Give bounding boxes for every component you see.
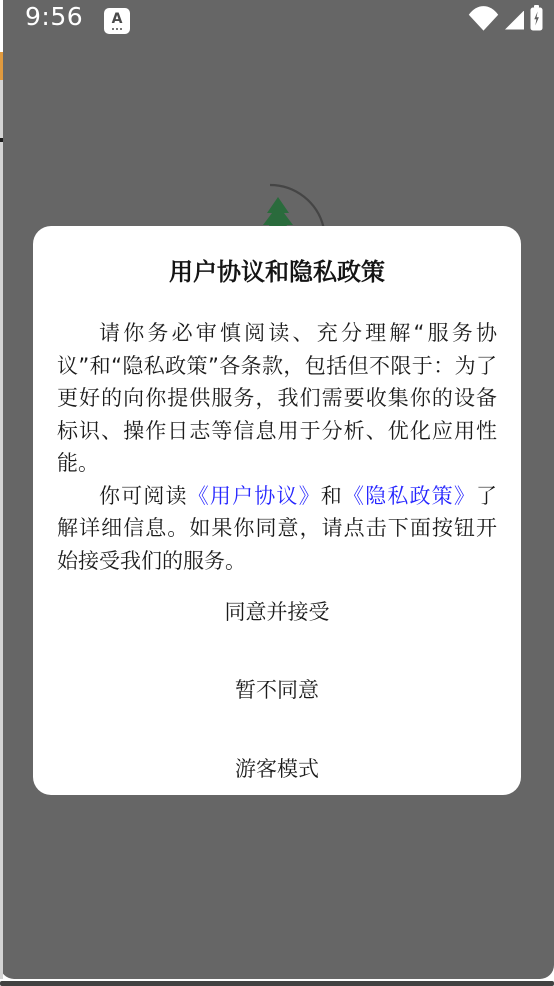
dialog-title: 用户协议和隐私政策 [57, 258, 497, 286]
para2-text-1: 你可阅读 [99, 484, 188, 508]
ime-dots [112, 28, 122, 30]
scrollbar-tick [0, 138, 3, 142]
status-icons [468, 0, 543, 40]
wifi-icon [468, 6, 499, 35]
scrollbar-handle[interactable] [0, 52, 3, 80]
dimmed-app-screen: 9:56 A [0, 0, 554, 979]
privacy-policy-link[interactable]: 《隐私政策》 [343, 484, 476, 508]
dialog-body: 请你务必审慎阅读、充分理解“服务协议”和“隐私政策”各条款，包括但不限于：为了更… [57, 317, 497, 577]
ime-letter: A [112, 12, 123, 26]
scrollbar-track-top [0, 0, 3, 52]
policy-paragraph-2: 你可阅读《用户协议》和《隐私政策》了解详细信息。如果你同意，请点击下面按钮开始接… [57, 480, 497, 578]
disagree-button[interactable]: 暂不同意 [57, 677, 497, 703]
ime-keyboard-icon: A [104, 8, 130, 34]
status-bar: 9:56 A [0, 0, 554, 40]
cellular-signal-icon [505, 11, 524, 30]
user-agreement-link[interactable]: 《用户协议》 [188, 484, 321, 508]
privacy-policy-dialog: 用户协议和隐私政策 请你务必审慎阅读、充分理解“服务协议”和“隐私政策”各条款，… [33, 226, 521, 795]
para2-text-2: 和 [321, 484, 343, 508]
left-edge-scrollbar [0, 0, 3, 979]
clock: 9:56 [25, 2, 83, 31]
agree-and-accept-button[interactable]: 同意并接受 [57, 599, 497, 625]
policy-paragraph-1: 请你务必审慎阅读、充分理解“服务协议”和“隐私政策”各条款，包括但不限于：为了更… [57, 317, 497, 480]
battery-charging-icon [530, 5, 543, 35]
guest-mode-button[interactable]: 游客模式 [57, 756, 497, 782]
bottom-window-edge [0, 981, 554, 986]
